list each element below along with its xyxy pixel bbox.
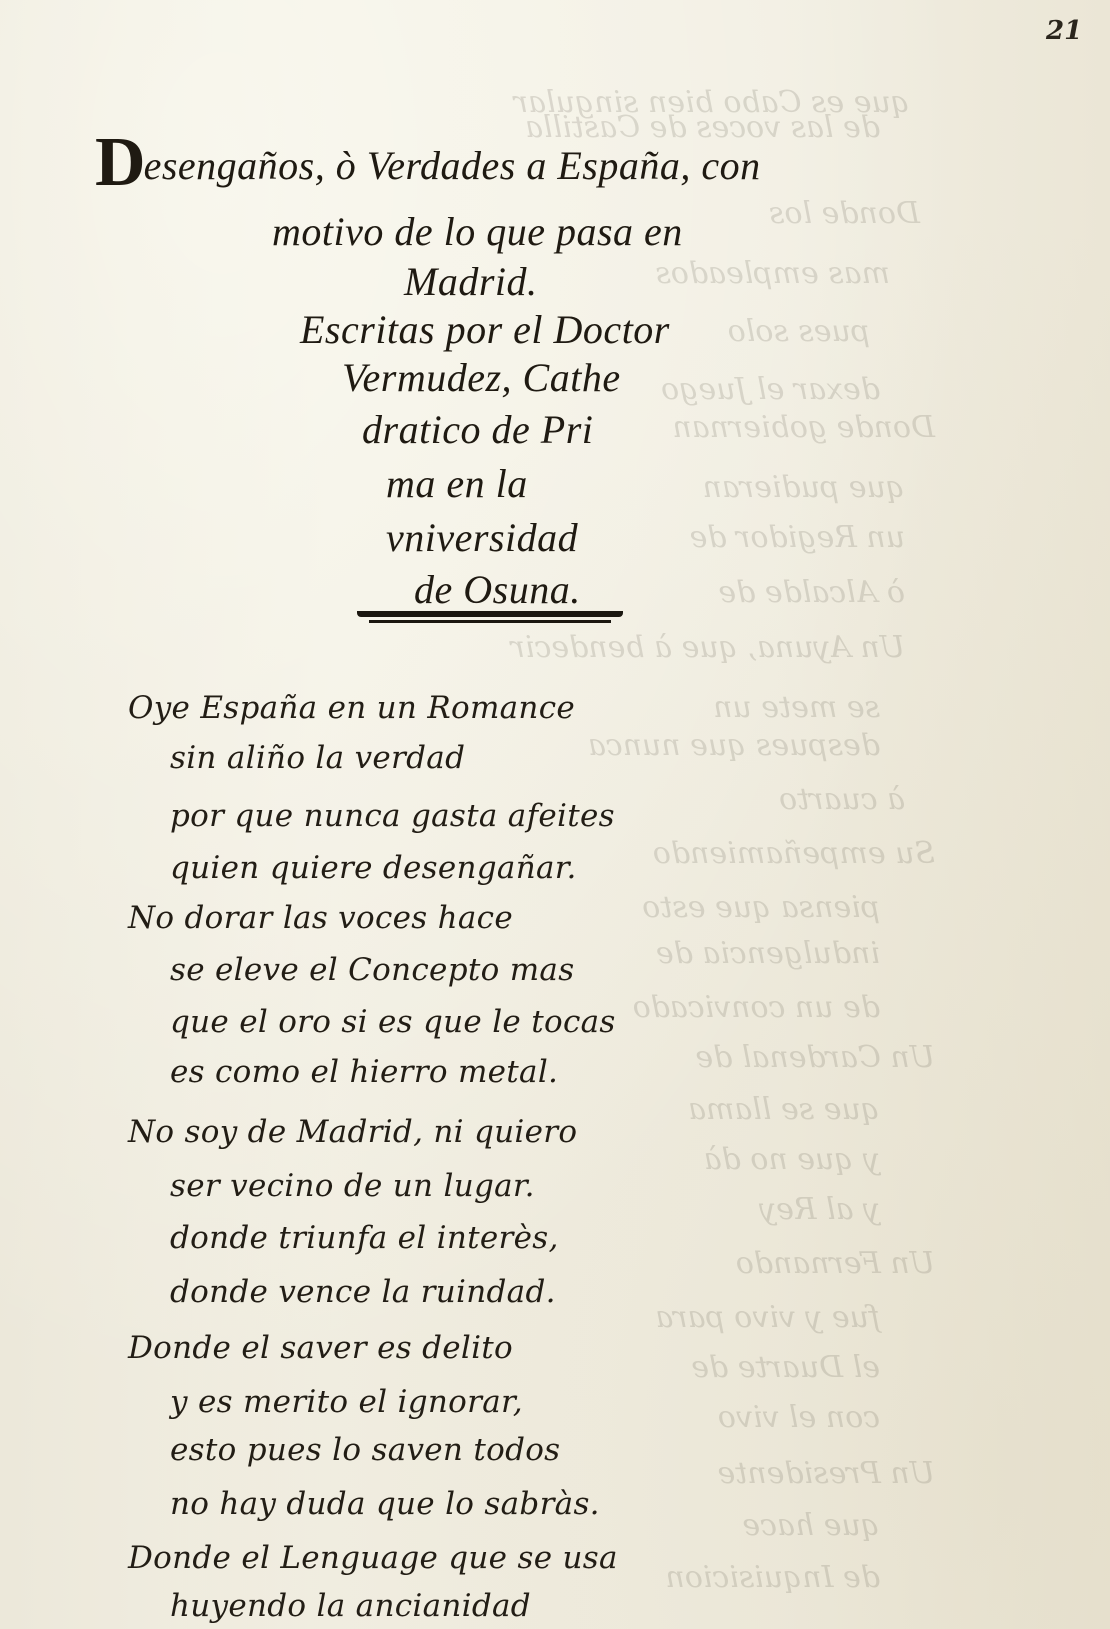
bleed-line: Un Cardenal de [695,1040,935,1075]
bleed-line: se mete un [713,690,880,725]
decorative-rule [355,611,625,625]
bleed-line: que es Cabo bien singular [514,85,910,120]
bleed-line: fue y vivo para [655,1300,880,1335]
verse-line: Donde el saver es delito [128,1330,513,1366]
title-line-3: Madrid. [404,258,538,305]
title-line-7: ma en la [386,460,528,507]
bleed-line: que se llama [688,1092,880,1127]
verse-line: por que nunca gasta afeites [170,798,615,834]
title-line-5: Vermudez, Cathe [342,354,621,401]
bleed-line: mas empleados [655,256,890,291]
title-line-8: vniversidad [386,514,578,561]
verse-line: ser vecino de un lugar. [170,1168,535,1204]
verse-line: Oye España en un Romance [128,690,575,726]
verse-line: No soy de Madrid, ni quiero [128,1114,577,1150]
bleed-line: y al Rey [759,1192,880,1227]
bleed-line: Donde los [769,196,920,231]
verse-line: esto pues lo saven todos [170,1432,560,1468]
bleed-line: Donde gobiernan [672,410,935,445]
bleed-line: de Inquisicion [665,1560,880,1595]
bleed-line: piensa que esto [642,890,880,925]
folio-number: 21 [1046,16,1082,46]
bleed-line: que hace [742,1508,880,1543]
bleed-line: ò Alcalde de [718,575,905,610]
bleed-line: que pudieran [703,470,905,505]
bleed-line: de un convicado [633,990,880,1025]
title-line-6: dratico de Pri [362,406,593,453]
decorated-initial: D [95,124,144,201]
title-text: esengaños, ò Verdades a España, con [144,143,761,188]
verse-line: quien quiere desengañar. [170,850,577,886]
manuscript-page: que es Cabo bien singular de las voces d… [0,0,1110,1629]
bleed-line: Un Ayuna, que à bendecir [511,630,905,665]
verse-line: que el oro si es que le tocas [170,1004,616,1040]
verse-line: se eleve el Concepto mas [170,952,574,988]
rule-bar-thick [357,611,623,617]
verse-line: no hay duda que lo sabràs. [170,1486,600,1522]
title-line-4: Escritas por el Doctor [300,306,670,353]
bleed-line: y que no dà [704,1142,880,1177]
verse-line: sin aliño la verdad [170,740,465,776]
bleed-line: despues que nunca [588,728,880,763]
bleed-line: pues solo [728,314,870,349]
bleed-line: con el vivo [718,1400,880,1435]
bleed-line: à cuarto [779,782,905,817]
title-line-1: Desengaños, ò Verdades a España, con [95,128,761,198]
verse-line: Donde el Lenguage que se usa [128,1540,618,1576]
bleed-line: Su empeñamiendo [653,836,935,871]
verse-line: No dorar las voces hace [128,900,513,936]
verse-line: donde vence la ruindad. [170,1274,556,1310]
bleed-line: Un Presidente [718,1456,936,1491]
bleed-line: Un Fernando [736,1246,935,1281]
title-line-2: motivo de lo que pasa en [272,208,683,255]
bleed-line: indulgencia de [656,936,880,971]
verse-line: y es merito el ignorar, [170,1384,523,1420]
bleed-line: dexar el Juego [661,372,880,407]
rule-bar-thin [369,620,611,623]
bleed-line: el Duarte de [691,1350,880,1385]
title-line-9: de Osuna. [414,566,581,613]
verse-line: donde triunfa el interès, [170,1220,559,1256]
bleed-line: un Regidor de [690,520,905,555]
verse-line: es como el hierro metal. [170,1054,558,1090]
verse-line: huyendo la ancianidad [170,1588,531,1624]
